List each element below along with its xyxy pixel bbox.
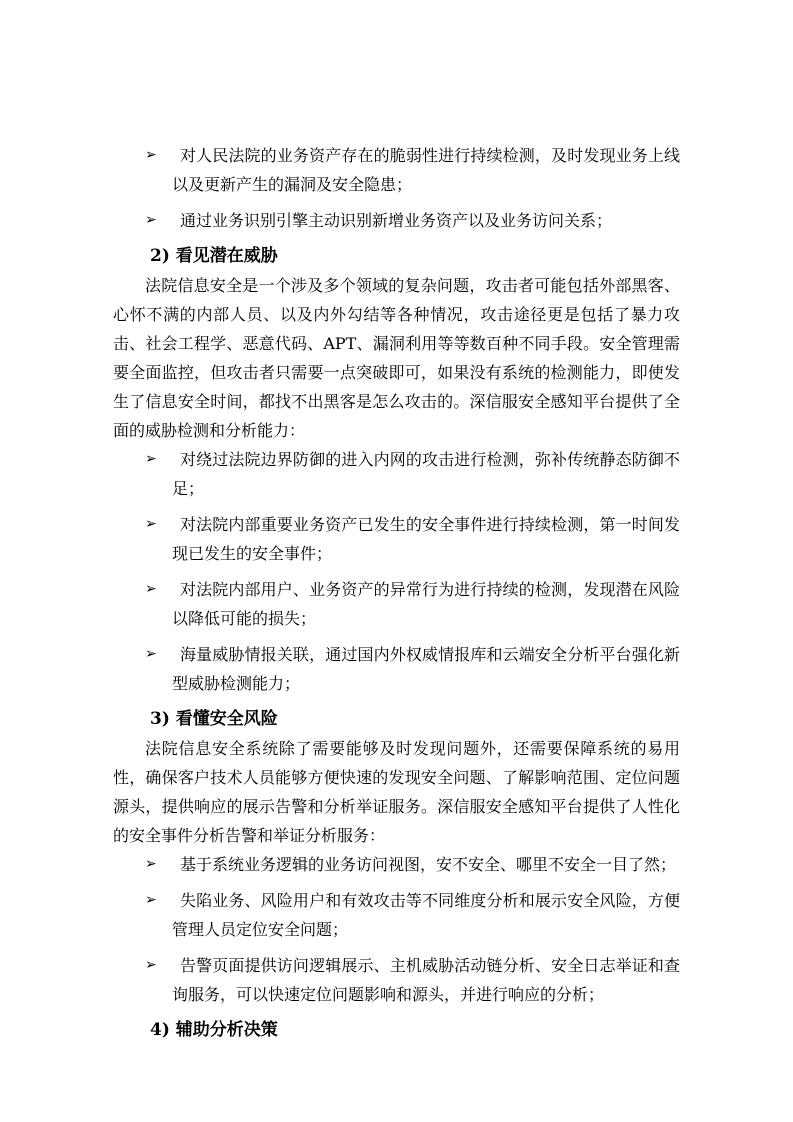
bullet-arrow-icon: ➢ [145, 951, 157, 980]
document-page: ➢ 对人民法院的业务资产存在的脆弱性进行持续检测，及时发现业务上线以及更新产生的… [0, 0, 793, 1122]
bullet-item: ➢ 海量威胁情报关联，通过国内外权威情报库和云端安全分析平台强化新型威胁检测能力… [113, 640, 680, 698]
bullet-item: ➢ 通过业务识别引擎主动识别新增业务资产以及业务访问关系； [113, 206, 680, 235]
bullet-text: 对法院内部用户、业务资产的异常行为进行持续的检测，发现潜在风险以降低可能的损失； [172, 580, 680, 628]
bullet-text: 通过业务识别引擎主动识别新增业务资产以及业务访问关系； [180, 211, 612, 230]
bullet-text: 基于系统业务逻辑的业务访问视图，安不安全、哪里不安全一目了然； [180, 855, 676, 874]
bullet-arrow-icon: ➢ [145, 575, 157, 604]
bullet-text: 对法院内部重要业务资产已发生的安全事件进行持续检测，第一时间发现已发生的安全事件… [172, 515, 680, 563]
bullet-arrow-icon: ➢ [145, 850, 157, 879]
bullet-arrow-icon: ➢ [145, 141, 157, 170]
section-heading-3: 3) 看懂安全风险 [150, 705, 680, 734]
bullet-item: ➢ 对人民法院的业务资产存在的脆弱性进行持续检测，及时发现业务上线以及更新产生的… [113, 141, 680, 199]
body-paragraph: 法院信息安全是一个涉及多个领域的复杂问题，攻击者可能包括外部黑客、心怀不满的内部… [113, 271, 680, 445]
bullet-text: 对绕过法院边界防御的进入内网的攻击进行检测，弥补传统静态防御不足； [172, 450, 680, 498]
bullet-arrow-icon: ➢ [145, 445, 157, 474]
bullet-text: 告警页面提供访问逻辑展示、主机威胁活动链分析、安全日志举证和查询服务，可以快速定… [172, 956, 680, 1004]
bullet-item: ➢ 对绕过法院边界防御的进入内网的攻击进行检测，弥补传统静态防御不足； [113, 445, 680, 503]
bullet-arrow-icon: ➢ [145, 510, 157, 539]
bullet-item: ➢ 失陷业务、风险用户和有效攻击等不同维度分析和展示安全风险，方便管理人员定位安… [113, 886, 680, 944]
bullet-text: 对人民法院的业务资产存在的脆弱性进行持续检测，及时发现业务上线以及更新产生的漏洞… [172, 146, 680, 194]
bullet-arrow-icon: ➢ [145, 640, 157, 669]
bullet-item: ➢ 告警页面提供访问逻辑展示、主机威胁活动链分析、安全日志举证和查询服务，可以快… [113, 951, 680, 1009]
bullet-text: 海量威胁情报关联，通过国内外权威情报库和云端安全分析平台强化新型威胁检测能力； [172, 645, 680, 693]
bullet-item: ➢ 对法院内部重要业务资产已发生的安全事件进行持续检测，第一时间发现已发生的安全… [113, 510, 680, 568]
body-paragraph: 法院信息安全系统除了需要能够及时发现问题外，还需要保障系统的易用性，确保客户技术… [113, 734, 680, 850]
document-content: ➢ 对人民法院的业务资产存在的脆弱性进行持续检测，及时发现业务上线以及更新产生的… [0, 0, 793, 1045]
bullet-arrow-icon: ➢ [145, 206, 157, 235]
section-heading-4: 4) 辅助分析决策 [150, 1016, 680, 1045]
bullet-item: ➢ 基于系统业务逻辑的业务访问视图，安不安全、哪里不安全一目了然； [113, 850, 680, 879]
bullet-arrow-icon: ➢ [145, 886, 157, 915]
section-heading-2: 2) 看见潜在威胁 [150, 242, 680, 271]
bullet-text: 失陷业务、风险用户和有效攻击等不同维度分析和展示安全风险，方便管理人员定位安全问… [172, 891, 680, 939]
bullet-item: ➢ 对法院内部用户、业务资产的异常行为进行持续的检测，发现潜在风险以降低可能的损… [113, 575, 680, 633]
